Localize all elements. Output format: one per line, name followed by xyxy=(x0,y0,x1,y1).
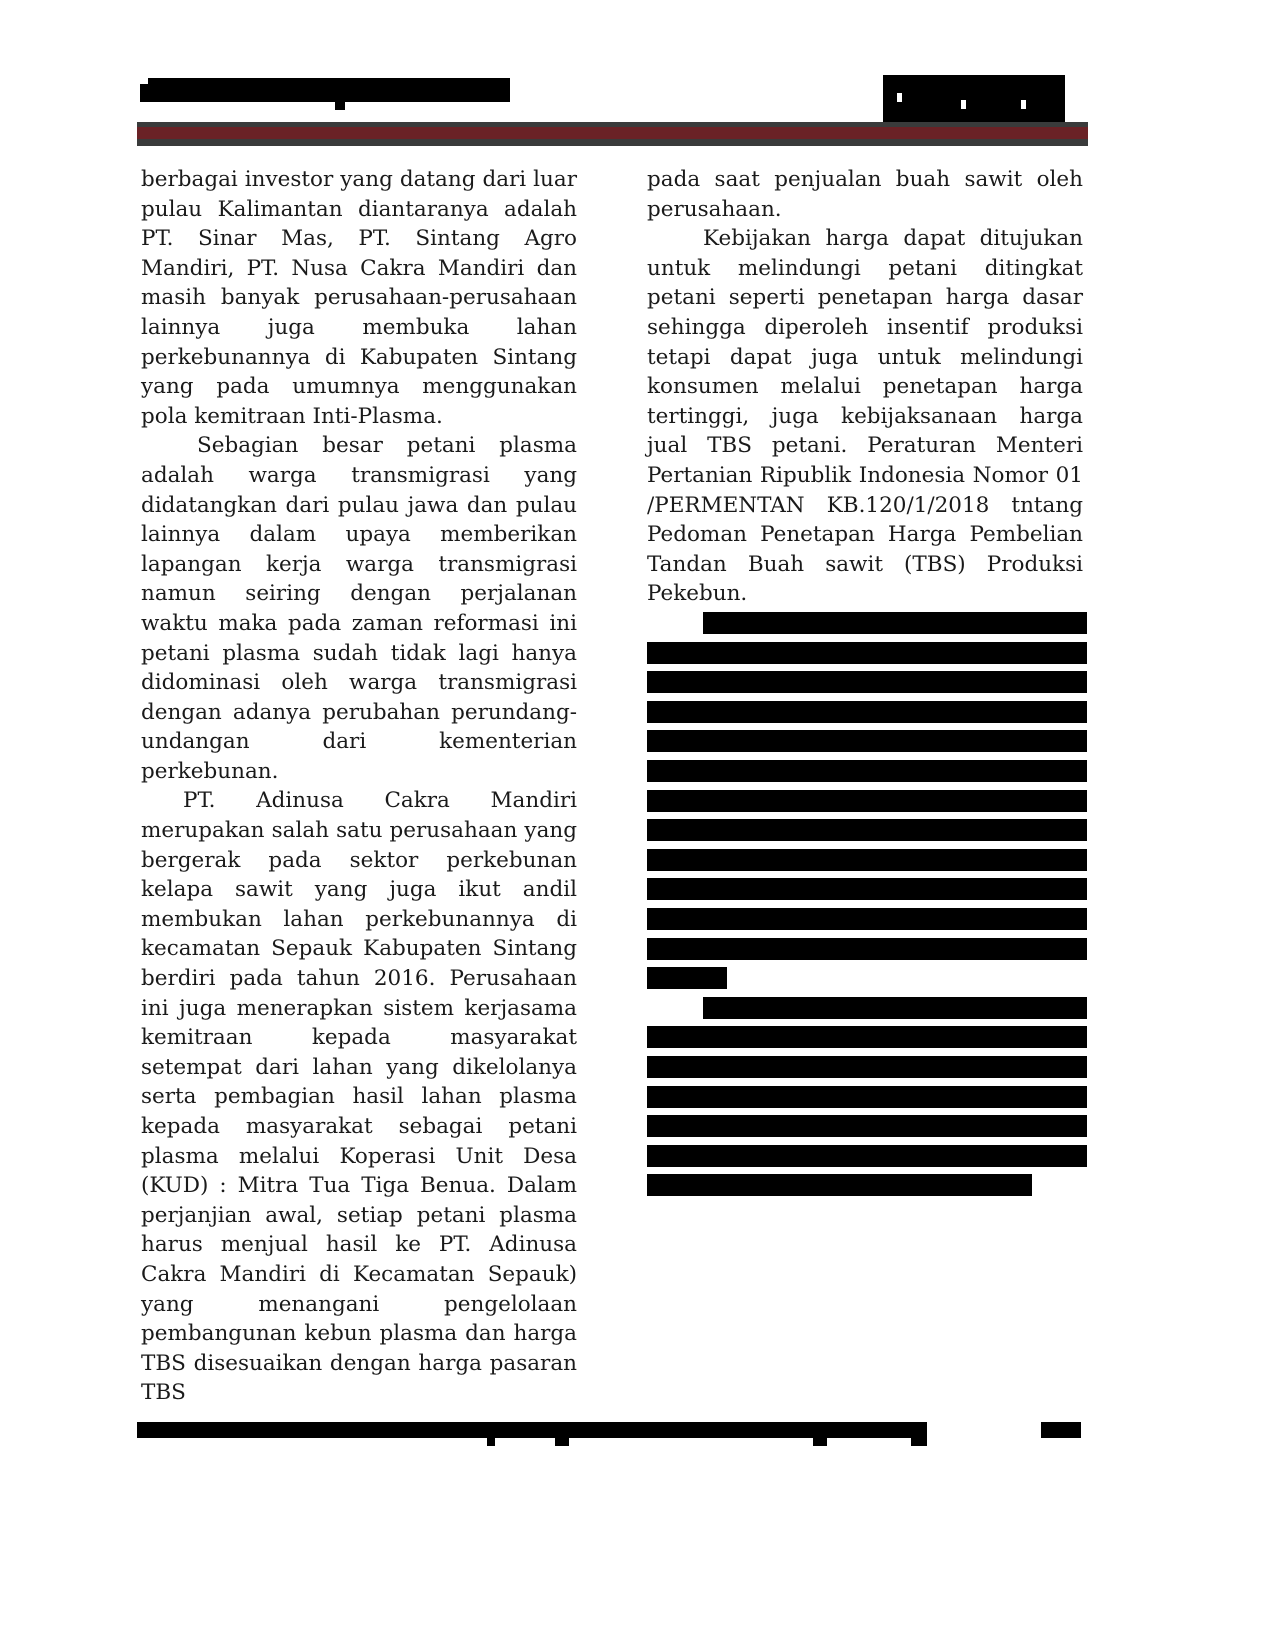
redacted-line xyxy=(647,760,1087,782)
redaction-descender xyxy=(555,1438,569,1446)
badge-mark xyxy=(897,93,902,102)
redacted-line xyxy=(647,671,1087,693)
redacted-line xyxy=(647,967,727,989)
redacted-line xyxy=(647,790,1087,812)
redaction-descender xyxy=(335,102,345,110)
journal-title-redacted xyxy=(140,78,510,102)
badge-mark xyxy=(961,100,966,109)
redacted-line xyxy=(647,642,1087,664)
redacted-line xyxy=(647,1086,1087,1108)
header-rule-accent xyxy=(137,127,1088,139)
paragraph: Sebagian besar petani plasma adalah warg… xyxy=(141,431,577,786)
redaction-descender xyxy=(911,1438,927,1446)
redaction-descender xyxy=(487,1438,495,1446)
redacted-line xyxy=(647,1056,1087,1078)
paragraph: berbagai investor yang datang dari luar … xyxy=(141,165,577,431)
redacted-line xyxy=(647,908,1087,930)
paragraph: pada saat penjualan buah sawit oleh peru… xyxy=(647,165,1083,224)
redacted-line xyxy=(647,938,1087,960)
header-rule xyxy=(137,122,1088,146)
redacted-text-block xyxy=(647,612,1087,1204)
redaction-descender xyxy=(813,1438,827,1446)
redacted-line xyxy=(703,612,1087,634)
redacted-line xyxy=(647,878,1087,900)
issue-badge-redacted xyxy=(883,75,1065,123)
redacted-line xyxy=(703,997,1087,1019)
redacted-line xyxy=(647,730,1087,752)
right-column: pada saat penjualan buah sawit oleh peru… xyxy=(647,165,1083,609)
left-column: berbagai investor yang datang dari luar … xyxy=(141,165,577,1408)
redacted-line xyxy=(647,1115,1087,1137)
redacted-line xyxy=(647,1026,1087,1048)
redaction-notch xyxy=(140,78,148,84)
redacted-line xyxy=(647,1145,1087,1167)
redacted-line xyxy=(647,819,1087,841)
paragraph: PT. Adinusa Cakra Mandiri merupakan sala… xyxy=(141,786,577,1407)
page-number-redacted xyxy=(1041,1422,1081,1438)
redacted-line xyxy=(647,1174,1032,1196)
paragraph: Kebijakan harga dapat ditujukan untuk me… xyxy=(647,224,1083,609)
badge-mark xyxy=(1021,100,1026,109)
footer-citation-redacted xyxy=(137,1422,927,1438)
redacted-line xyxy=(647,701,1087,723)
redacted-line xyxy=(647,849,1087,871)
